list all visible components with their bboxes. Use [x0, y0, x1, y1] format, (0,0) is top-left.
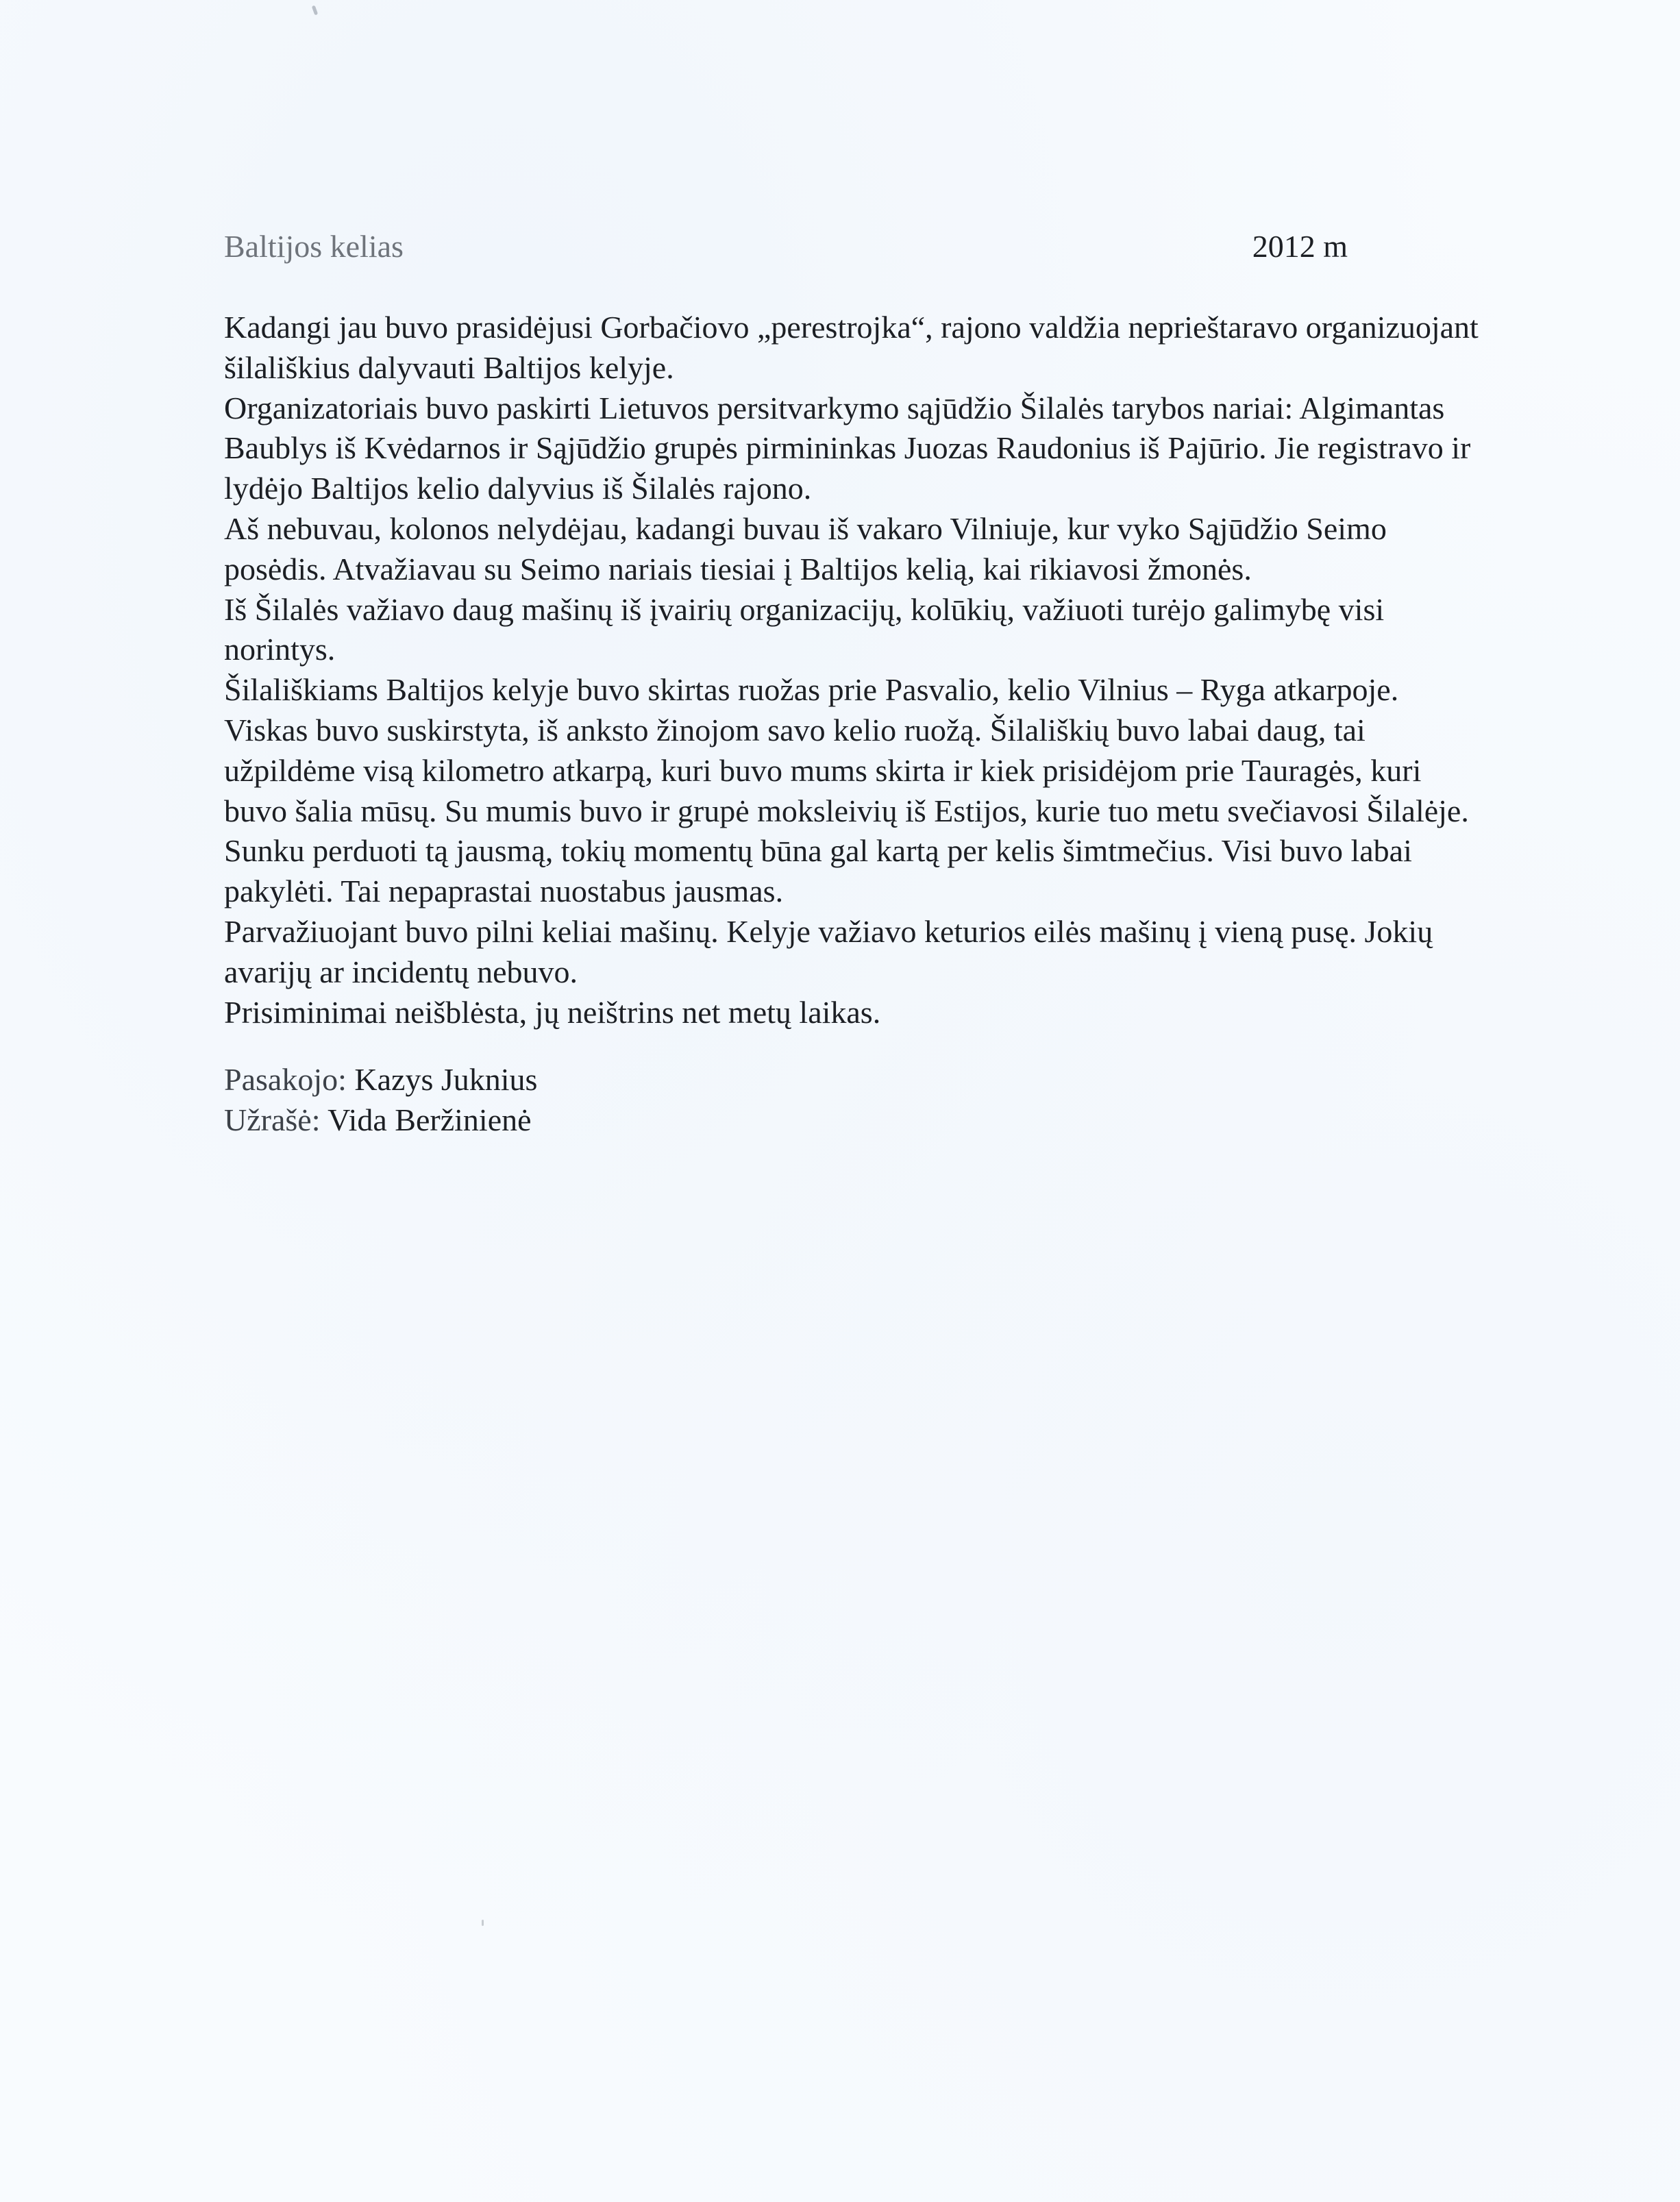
text-line: šilališkius dalyvauti Baltijos kelyje. [224, 348, 1608, 388]
text-line: Sunku perduoti tą jausmą, tokių momentų … [224, 831, 1608, 871]
text-line: Kadangi jau buvo prasidėjusi Gorbačiovo … [224, 308, 1608, 348]
text-line: užpildėme visą kilometro atkarpą, kuri b… [224, 751, 1608, 791]
document-year: 2012 m [1252, 226, 1348, 267]
text-line: Viskas buvo suskirstyta, iš anksto žinoj… [224, 710, 1608, 751]
narrator-name: Kazys Juknius [354, 1062, 537, 1097]
text-line: pakylėti. Tai nepaprastai nuostabus jaus… [224, 871, 1608, 912]
signature-block: Pasakojo: Kazys Juknius Užrašė: Vida Ber… [224, 1060, 537, 1141]
document-title: Baltijos kelias [224, 226, 404, 267]
text-line: Šilališkiams Baltijos kelyje buvo skirta… [224, 670, 1608, 710]
text-line: norintys. [224, 630, 1608, 670]
recorder-line: Užrašė: Vida Beržinienė [224, 1100, 537, 1141]
scan-speck [482, 1920, 484, 1926]
scan-speck [312, 5, 318, 16]
document-header: Baltijos kelias 2012 m [224, 226, 1348, 267]
scanned-page: Baltijos kelias 2012 m Kadangi jau buvo … [0, 0, 1680, 2202]
text-line: Organizatoriais buvo paskirti Lietuvos p… [224, 388, 1608, 429]
text-line: Parvažiuojant buvo pilni keliai mašinų. … [224, 912, 1608, 952]
text-line: Aš nebuvau, kolonos nelydėjau, kadangi b… [224, 509, 1608, 549]
text-line: buvo šalia mūsų. Su mumis buvo ir grupė … [224, 791, 1608, 832]
document-body: Kadangi jau buvo prasidėjusi Gorbačiovo … [224, 308, 1608, 1032]
text-line: lydėjo Baltijos kelio dalyvius iš Šilalė… [224, 469, 1608, 509]
text-line: avarijų ar incidentų nebuvo. [224, 952, 1608, 993]
recorder-name: Vida Beržinienė [328, 1102, 531, 1137]
text-line: Iš Šilalės važiavo daug mašinų iš įvairi… [224, 590, 1608, 630]
recorder-label: Užrašė: [224, 1102, 320, 1137]
narrator-line: Pasakojo: Kazys Juknius [224, 1060, 537, 1100]
narrator-label: Pasakojo: [224, 1062, 347, 1097]
text-line: Baublys iš Kvėdarnos ir Sąjūdžio grupės … [224, 428, 1608, 469]
text-line: posėdis. Atvažiavau su Seimo nariais tie… [224, 549, 1608, 590]
text-line: Prisiminimai neišblėsta, jų neištrins ne… [224, 993, 1608, 1033]
